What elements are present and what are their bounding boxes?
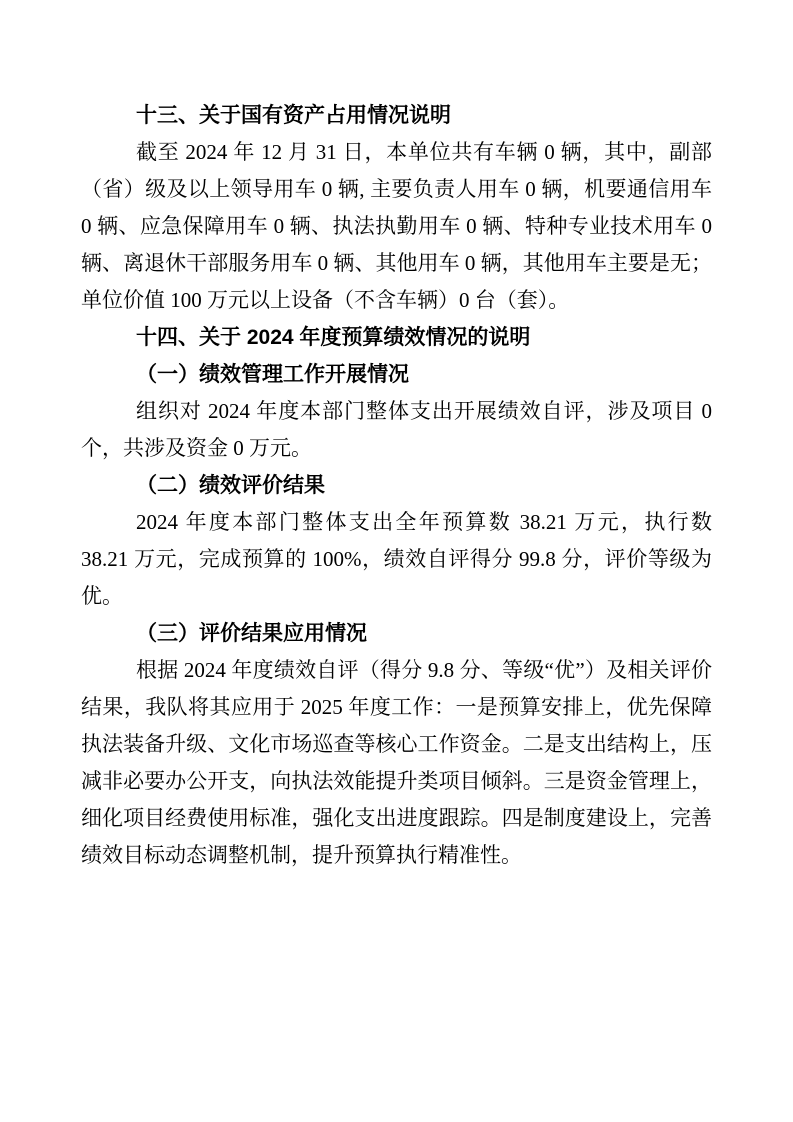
section-heading-state-assets: 十三、关于国有资产占用情况说明 <box>81 97 712 134</box>
paragraph-performance-management: 组织对 2024 年度本部门整体支出开展绩效自评，涉及项目 0 个，共涉及资金 … <box>81 393 712 467</box>
paragraph-evaluation-results: 2024 年度本部门整体支出全年预算数 38.21 万元，执行数 38.21 万… <box>81 504 712 615</box>
paragraph-results-application: 根据 2024 年度绩效自评（得分 9.8 分、等级“优”）及相关评价结果，我队… <box>81 652 712 874</box>
document-content: 十三、关于国有资产占用情况说明 截至 2024 年 12 月 31 日，本单位共… <box>81 97 712 874</box>
paragraph-state-assets-occupancy: 截至 2024 年 12 月 31 日，本单位共有车辆 0 辆，其中，副部（省）… <box>81 134 712 319</box>
subheading-evaluation-results: （二）绩效评价结果 <box>81 467 712 504</box>
section-heading-budget-performance: 十四、关于 2024 年度预算绩效情况的说明 <box>81 319 712 356</box>
document-page: 十三、关于国有资产占用情况说明 截至 2024 年 12 月 31 日，本单位共… <box>0 0 793 1122</box>
subheading-performance-management: （一）绩效管理工作开展情况 <box>81 356 712 393</box>
subheading-results-application: （三）评价结果应用情况 <box>81 615 712 652</box>
